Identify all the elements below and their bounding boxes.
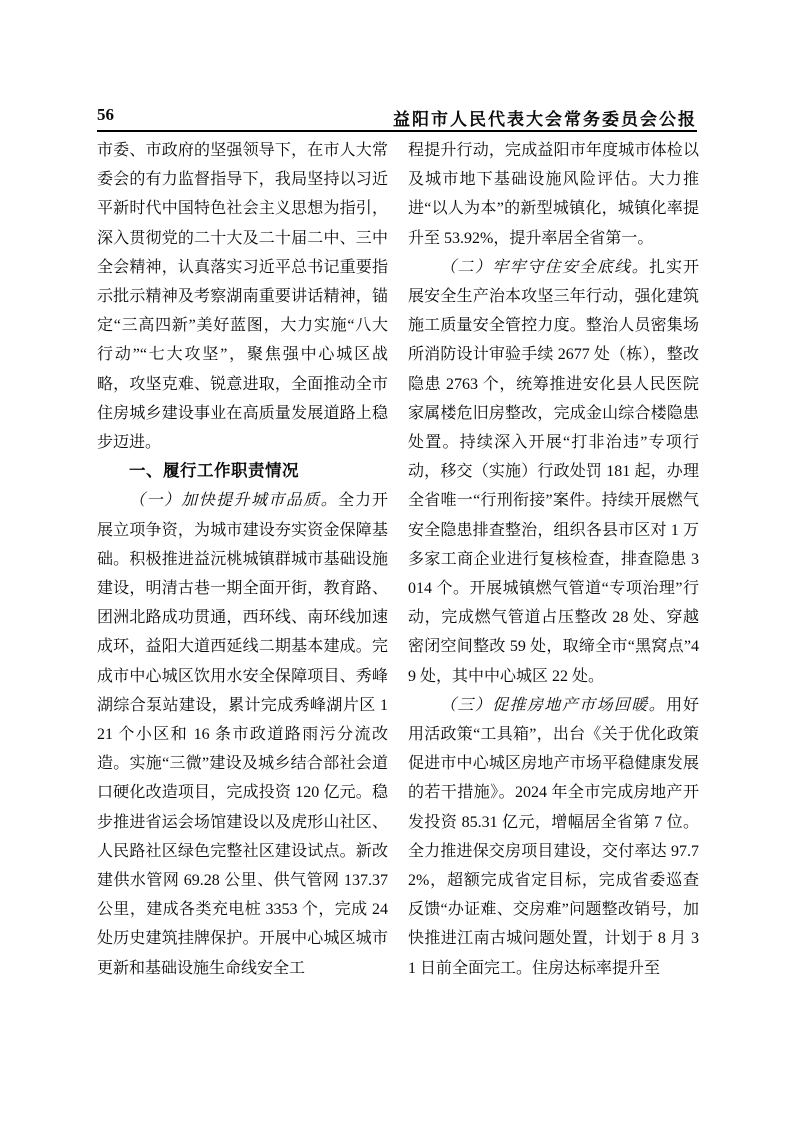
section-2-lead: （二）牢牢守住安全底线。 xyxy=(440,259,649,276)
paragraph-section-3: （三）促推房地产市场回暖。用好用活政策“工具箱”，出台《关于优化政策促进市中心城… xyxy=(408,691,699,983)
section-3-body: 用好用活政策“工具箱”，出台《关于优化政策促进市中心城区房地产市场平稳健康发展的… xyxy=(408,697,699,977)
section-1-lead: （一）加快提升城市品质。 xyxy=(129,492,338,509)
paragraph-section-2: （二）牢牢守住安全底线。扎实开展安全生产治本攻坚三年行动，强化建筑施工质量安全管… xyxy=(408,253,699,691)
header-rule xyxy=(97,130,697,132)
paragraph-intro-continuation: 市委、市政府的坚强领导下，在市人大常委会的有力监督指导下，我局坚持以习近平新时代… xyxy=(97,136,388,457)
page-header: 56 益阳市人民代表大会常务委员会公报 xyxy=(97,105,697,129)
section-2-body: 扎实开展安全生产治本攻坚三年行动，强化建筑施工质量安全管控力度。整治人员密集场所… xyxy=(408,259,699,685)
right-column: 程提升行动，完成益阳市年度城市体检以及城市地下基础设施风险评估。大力推进“以人为… xyxy=(408,136,699,996)
page-number: 56 xyxy=(97,105,114,125)
section-3-lead: （三）促推房地产市场回暖。 xyxy=(440,697,666,714)
section-heading-1: 一、履行工作职责情况 xyxy=(97,457,388,486)
paragraph-section-1-continuation: 程提升行动，完成益阳市年度城市体检以及城市地下基础设施风险评估。大力推进“以人为… xyxy=(408,136,699,253)
header-title: 益阳市人民代表大会常务委员会公报 xyxy=(393,105,697,130)
left-column: 市委、市政府的坚强领导下，在市人大常委会的有力监督指导下，我局坚持以习近平新时代… xyxy=(97,136,388,996)
paragraph-section-1: （一）加快提升城市品质。全力开展立项争资，为城市建设夯实资金保障基础。积极推进益… xyxy=(97,486,388,982)
section-1-body: 全力开展立项争资，为城市建设夯实资金保障基础。积极推进益沅桃城镇群城市基础设施建… xyxy=(97,492,388,976)
document-page: 56 益阳市人民代表大会常务委员会公报 市委、市政府的坚强领导下，在市人大常委会… xyxy=(0,0,794,1122)
